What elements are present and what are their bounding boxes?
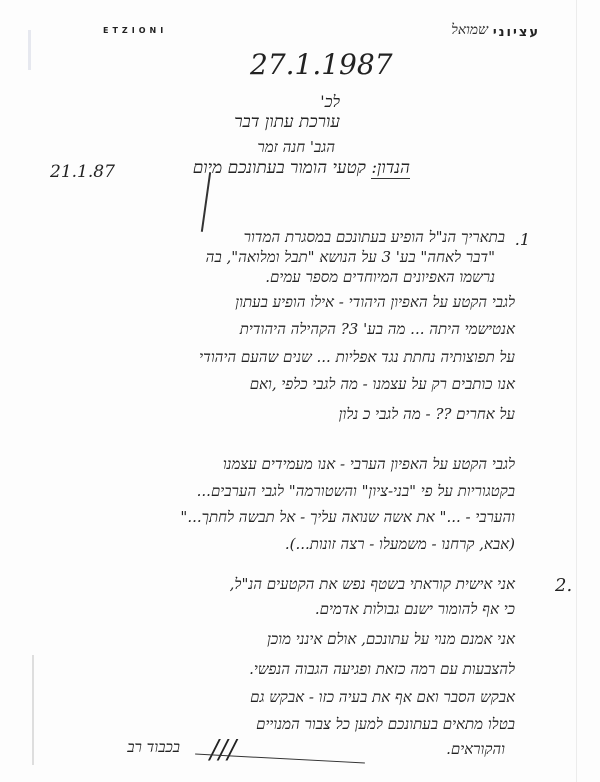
body-line: נרשמו האפיונים המיוחדים מספר עמים.	[265, 268, 495, 287]
letterhead-handwritten-first-name: שמואל	[451, 22, 488, 39]
body-line: כי אף להומור ישנם גבולות אדמים.	[315, 600, 515, 619]
body-line: (אבא, קרחנו - משמעלו - רצה זונות...).	[285, 535, 515, 554]
body-line: והקוראים.	[446, 740, 505, 759]
subject-text: קטעי הומור בעתונכם מיום	[193, 158, 366, 178]
body-line: בתאריך הנ"ל הופיע בעתונכם במסגרת המדור	[244, 228, 505, 247]
body-line: על תפוצותיה נחתת נגד אפליות ... שנים שהע…	[199, 348, 515, 367]
scan-artifact	[28, 30, 31, 70]
body-line: אבקש הסבר ואם אף את בעיה כזו - אבקש גם	[250, 688, 515, 707]
body-line: אנו כותבים רק על עצמנו - מה לגבי כלפי ,ו…	[250, 375, 515, 394]
body-line: לגבי הקטע על האפיון היהודי - אילו הופיע …	[235, 293, 515, 312]
letterhead-english-name: ETZIONI	[103, 26, 167, 35]
letter-date: 27.1.1987	[250, 48, 393, 81]
paragraph-number: 1.	[515, 230, 530, 249]
pen-stroke	[201, 172, 211, 232]
subject-label: הנדון:	[371, 158, 410, 179]
body-line: להצבעות עם רמה כזאת ופגיעה הגבוה הנפשי.	[249, 660, 515, 679]
recipient-line: הגב' חנה זמר	[257, 138, 335, 157]
paragraph-number: 2.	[555, 575, 572, 596]
subject-date: 21.1.87	[50, 162, 115, 182]
signature-mark: ///	[210, 735, 236, 765]
body-line: על אחרים ?? - מה לגבי כ נלון	[339, 405, 515, 424]
body-line: אני אישית קוראתי בשטף נפש את הקטעים הנ"ל…	[230, 575, 515, 594]
body-line: בטלו מתאים בעתונכם למען כל צבור המנויים	[256, 715, 515, 734]
body-line: "דבר לאחה" בע' 3 על הנושא "תבל ומלואה", …	[206, 248, 495, 267]
scan-page-edge	[576, 0, 577, 782]
body-line: והערבי - ..." את אשה שנואה עליך - אל תבש…	[180, 508, 515, 527]
body-line: בקטגוריות על פי "בני-ציון" והשטורמה" לגב…	[197, 482, 515, 501]
letterhead-hebrew-name: עציוני	[493, 25, 540, 40]
recipient-line: לכ'	[320, 92, 340, 112]
body-line: אני אמנם מנוי על עתונכם, אולם אינני מוכן	[267, 630, 515, 649]
body-line: לגבי הקטע על האפיון הערבי - אנו מעמידים …	[223, 455, 515, 474]
scan-artifact	[32, 655, 34, 765]
closing: בכבוד רב	[127, 738, 180, 757]
recipient-line: עורכת עתון דבר	[234, 112, 340, 132]
body-line: אנטישמי היתה ... מה בע' 3? הקהילה היהודי…	[240, 320, 515, 339]
subject-line: הנדון: קטעי הומור בעתונכם מיום	[193, 158, 410, 178]
letter-page: ETZIONI עציוני שמואל 27.1.1987 לכ' עורכת…	[0, 0, 600, 782]
